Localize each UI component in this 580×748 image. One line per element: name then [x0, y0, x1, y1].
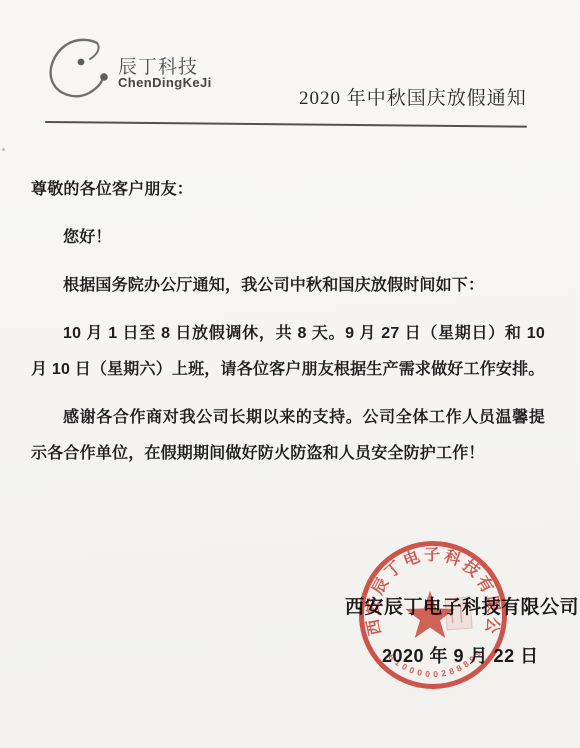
- paragraph-basis: 根据国务院办公厅通知，我公司中秋和国庆放假时间如下：: [31, 268, 545, 304]
- greeting-line: 您好！: [31, 220, 545, 256]
- salutation-line: 尊敬的各位客户朋友：: [31, 172, 545, 208]
- paragraph-schedule: 10 月 1 日至 8 日放假调休，共 8 天。9 月 27 日（星期日）和 1…: [31, 316, 545, 388]
- scanned-notice-page: 辰丁科技 ChenDingKeJi 2020 年中秋国庆放假通知 尊敬的各位客户…: [0, 0, 580, 748]
- seal-inner-mark: [445, 597, 472, 630]
- notice-body: 尊敬的各位客户朋友： 您好！ 根据国务院办公厅通知，我公司中秋和国庆放假时间如下…: [31, 172, 545, 484]
- scan-artifact-speck: [2, 148, 5, 151]
- company-logo-icon: [44, 38, 112, 102]
- paragraph-thanks: 感谢各合作商对我公司长期以来的支持。公司全体工作人员温馨提示各合作单位，在假期期…: [31, 400, 545, 472]
- page-title: 2020 年中秋国庆放假通知: [299, 83, 527, 110]
- logo-company-pinyin: ChenDingKeJi: [118, 75, 212, 90]
- company-seal-stamp-icon: 西安辰丁电子科技有限公司 6100000288899: [337, 519, 529, 711]
- header-divider: [45, 121, 527, 128]
